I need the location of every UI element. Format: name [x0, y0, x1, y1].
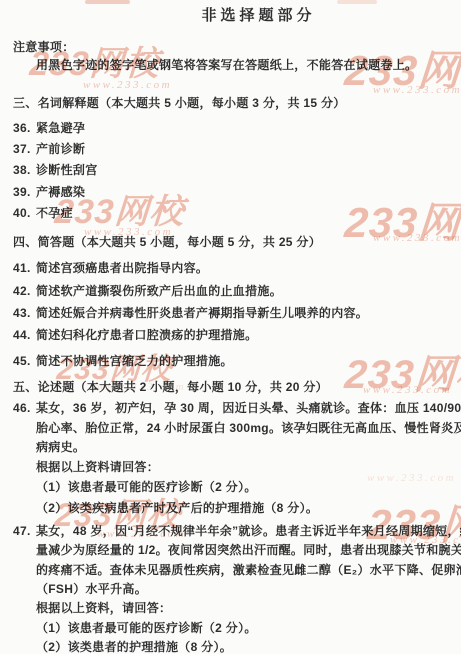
- question-text: 不孕症: [36, 206, 73, 220]
- watermark-url: www.233.com: [363, 384, 452, 396]
- watermark-url: www.233.com: [83, 79, 172, 91]
- case-line: 某女，36 岁，初产妇，孕 30 周，因近日头晕、头痛就诊。查体：血压 140/…: [36, 401, 461, 415]
- scan-artifact: [85, 0, 130, 4]
- question-text: 紧急避孕: [36, 121, 85, 135]
- question-46-sub1: （1）该患者最可能的医疗诊断（2 分）。: [36, 479, 257, 495]
- watermark-logo: 233网校: [343, 190, 461, 250]
- question-45: 45.简述不协调性宫缩乏力的护理措施。: [13, 353, 233, 369]
- question-46-sub2: （2）该类疾病患者产时及产后的护理措施（8 分）。: [36, 500, 318, 516]
- question-47-sub1: （1）该患者最可能的医疗诊断（2 分）。: [36, 620, 257, 636]
- question-47-line2: 量减少为原经量的 1/2。夜间常因突然出汗而醒。同时，患者出现膝关节和腕关节: [36, 542, 461, 558]
- question-36: 36.紧急避孕: [13, 120, 85, 136]
- question-44: 44.简述妇科化疗患者口腔溃疡的护理措施。: [13, 327, 257, 343]
- question-number: 36.: [13, 120, 36, 136]
- question-47-line3: 的疼痛不适。查体未见器质性疾病，激素检查见雌二醇（E₂）水平下降、促卵泡素: [36, 562, 461, 578]
- question-text: 简述不协调性宫缩乏力的护理措施。: [36, 354, 233, 368]
- question-number: 40.: [13, 205, 36, 221]
- question-47-line1: 47.某女，48 岁，因“月经不规律半年余”就诊。患者主诉近半年来月经周期缩短，…: [13, 523, 461, 539]
- question-47-prompt: 根据以上资料，请回答：: [36, 600, 171, 616]
- question-38: 38.诊断性刮宫: [13, 162, 98, 178]
- question-46-prompt: 根据以上资料请回答：: [36, 459, 159, 475]
- question-number: 47.: [13, 523, 36, 539]
- exam-paper-page: 233网校 www.233.com 233网校 www.233.com 233网…: [0, 0, 461, 654]
- section-heading-essay: 五、论述题（本大题共 2 小题，每小题 10 分，共 20 分）: [13, 379, 328, 395]
- question-text: 简述软产道撕裂伤所致产后出血的止血措施。: [36, 284, 282, 298]
- question-47-sub2: （2）该类患者的护理措施（8 分）。: [36, 639, 232, 654]
- watermark-logo: 233网校: [343, 343, 461, 400]
- question-37: 37.产前诊断: [13, 141, 85, 157]
- question-number: 39.: [13, 184, 36, 200]
- question-number: 45.: [13, 353, 36, 369]
- notice-label: 注意事项：: [13, 39, 75, 55]
- section-heading-definitions: 三、名词解释题（本大题共 5 小题，每小题 3 分，共 15 分）: [13, 95, 346, 111]
- notice-text: 用黑色字迹的签字笔或钢笔将答案写在答题纸上，不能答在试题卷上。: [36, 57, 417, 73]
- question-43: 43.简述妊娠合并病毒性肝炎患者产褥期指导新生儿喂养的内容。: [13, 305, 368, 321]
- question-number: 44.: [13, 327, 36, 343]
- question-number: 38.: [13, 162, 36, 178]
- question-39: 39.产褥感染: [13, 184, 85, 200]
- question-41: 41.简述宫颈癌患者出院指导内容。: [13, 260, 208, 276]
- watermark-url: www.233.com: [373, 232, 461, 244]
- question-number: 46.: [13, 400, 36, 416]
- question-47-line4: （FSH）水平升高。: [36, 581, 147, 597]
- page-title: 非选择题部分: [56, 8, 461, 24]
- question-42: 42.简述软产道撕裂伤所致产后出血的止血措施。: [13, 283, 282, 299]
- question-text: 简述妊娠合并病毒性肝炎患者产褥期指导新生儿喂养的内容。: [36, 306, 368, 320]
- question-number: 37.: [13, 141, 36, 157]
- case-line: 某女，48 岁，因“月经不规律半年余”就诊。患者主诉近半年来月经周期缩短，经: [36, 524, 461, 538]
- question-46-line1: 46.某女，36 岁，初产妇，孕 30 周，因近日头晕、头痛就诊。查体：血压 1…: [13, 400, 461, 416]
- watermark-url: www.233.com: [367, 472, 456, 484]
- question-46-line2: 胎心率、胎位正常，24 小时尿蛋白 300mg。该孕妇既往无高血压、慢性肾炎及糖…: [36, 420, 461, 436]
- question-text: 诊断性刮宫: [36, 163, 98, 177]
- section-heading-short-answer: 四、简答题（本大题共 5 小题，每小题 5 分，共 25 分）: [13, 234, 321, 250]
- question-number: 43.: [13, 305, 36, 321]
- question-text: 简述宫颈癌患者出院指导内容。: [36, 261, 208, 275]
- question-46-line3: 病病史。: [36, 439, 85, 455]
- watermark-url: www.233.com: [373, 84, 461, 96]
- question-number: 42.: [13, 283, 36, 299]
- scan-artifact: [337, 0, 377, 4]
- question-text: 产前诊断: [36, 142, 85, 156]
- question-number: 41.: [13, 260, 36, 276]
- question-text: 产褥感染: [36, 185, 85, 199]
- question-40: 40.不孕症: [13, 205, 73, 221]
- question-text: 简述妇科化疗患者口腔溃疡的护理措施。: [36, 328, 257, 342]
